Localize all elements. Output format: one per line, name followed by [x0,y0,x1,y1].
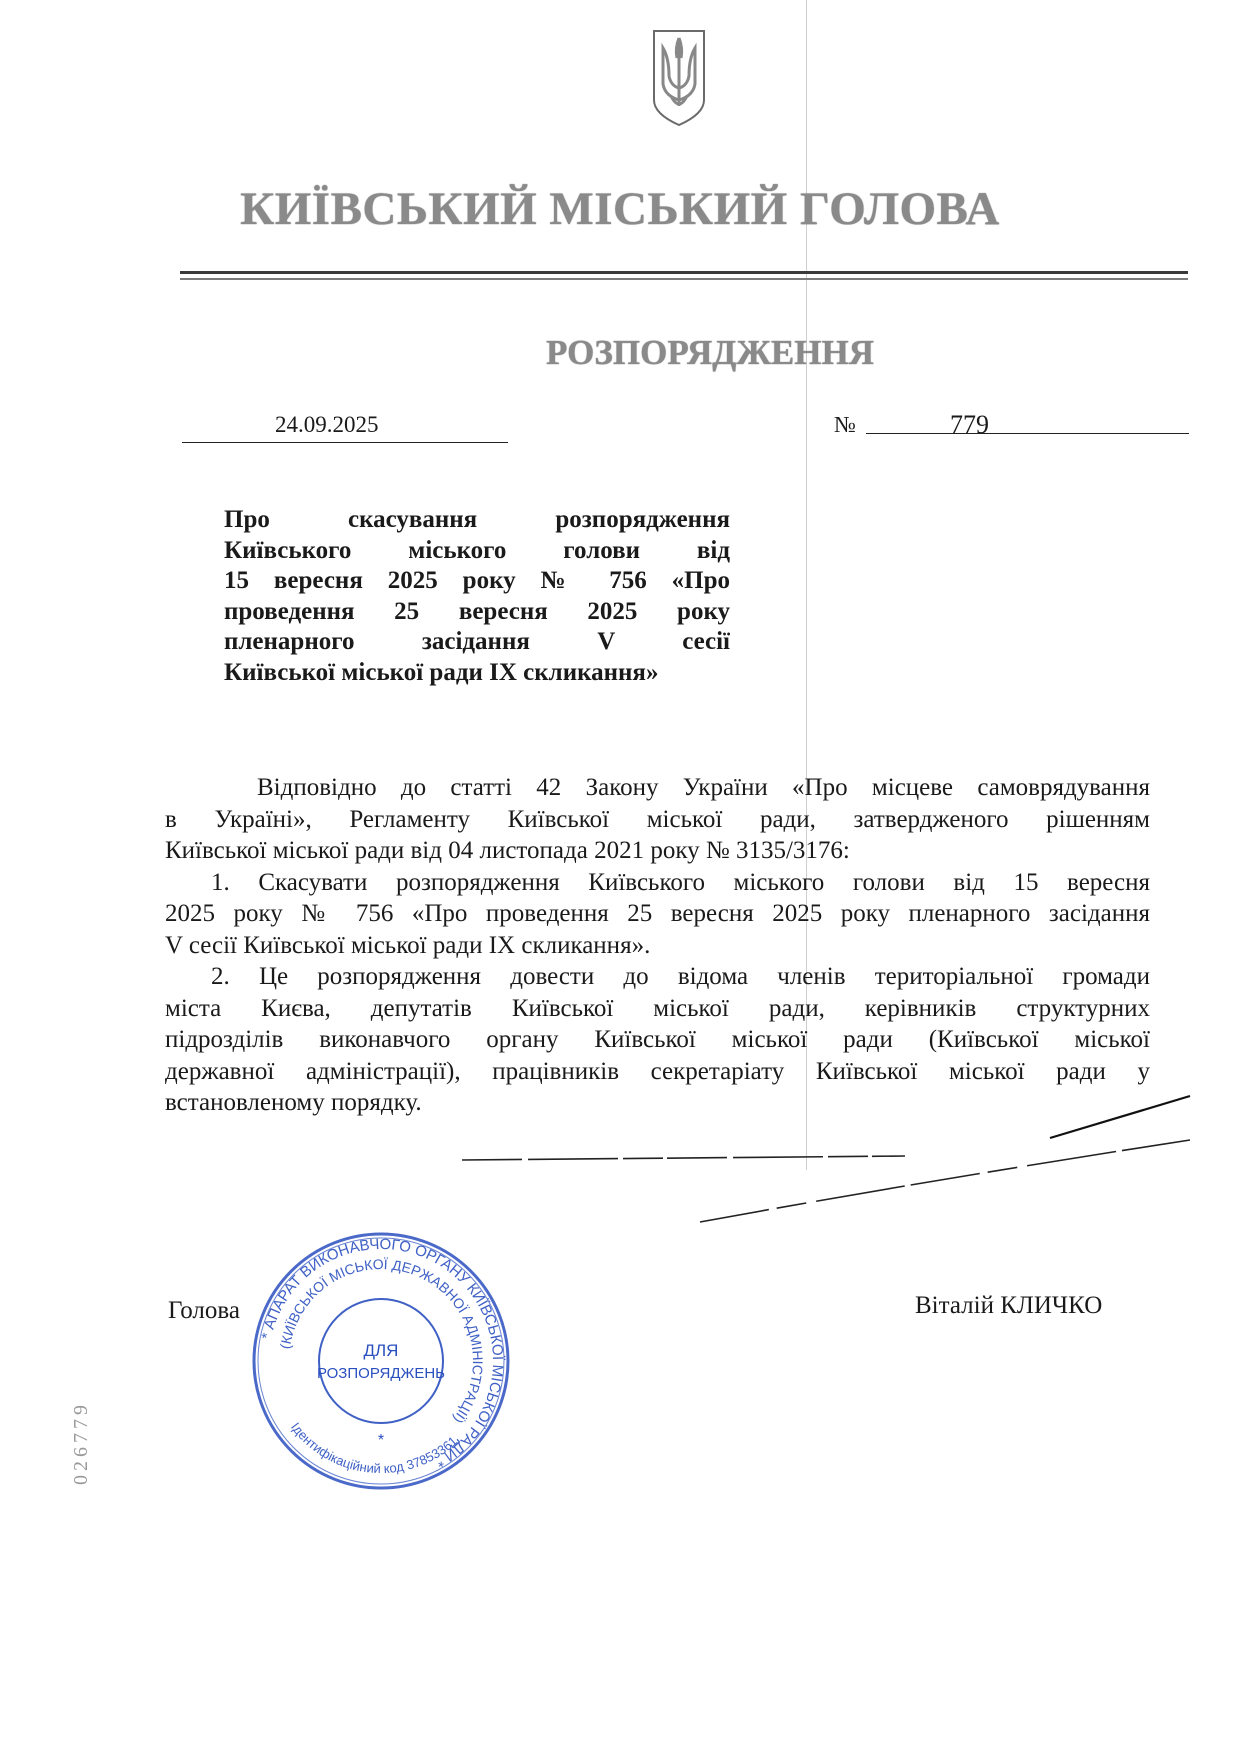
number-label: № [834,412,856,438]
body-line: 2. Це розпорядження довести до відома чл… [165,961,1150,993]
body-line: підрозділів виконавчого органу Київської… [165,1024,1150,1056]
item-1-paragraph: 1. Скасувати розпорядження Київського мі… [165,867,1150,962]
subject-line: пленарного засідання V сесії [224,627,730,658]
stamp-star: * [378,1432,384,1449]
header-rule-thick [180,271,1188,274]
handwritten-signature-icon [450,1080,1210,1240]
document-body: Відповідно до статті 42 Закону України «… [165,772,1150,1119]
number-underline [866,433,1189,434]
body-line: Відповідно до статті 42 Закону України «… [165,772,1150,804]
subject-line: Київського міського голови від [224,536,730,567]
date-underline [182,442,508,443]
body-line: 2025 року № 756 «Про проведення 25 верес… [165,898,1150,930]
coat-of-arms-trident-icon [651,28,707,128]
stamp-center-line-1: ДЛЯ [364,1341,399,1360]
stamp-center-line-2: РОЗПОРЯДЖЕНЬ [317,1365,445,1382]
document-date: 24.09.2025 [275,412,379,438]
document-type: РОЗПОРЯДЖЕННЯ [0,333,1240,373]
body-line: Київської міської ради від 04 листопада … [165,835,1150,867]
preamble-paragraph: Відповідно до статті 42 Закону України «… [165,772,1150,867]
subject-line: Київської міської ради IX скликання» [224,658,730,689]
body-line: V сесії Київської міської ради IX склика… [165,930,1150,962]
body-line: в Україні», Регламенту Київської міської… [165,804,1150,836]
subject-line: проведення 25 вересня 2025 року [224,597,730,628]
subject-line: 15 вересня 2025 року № 756 «Про [224,566,730,597]
registration-side-number: 026779 [70,1335,94,1485]
document-subject: Про скасування розпорядження Київського … [224,505,730,688]
body-line: міста Києва, депутатів Київської міської… [165,993,1150,1025]
official-seal-stamp: * АПАРАТ ВИКОНАВЧОГО ОРГАНУ КИЇВСЬКОЇ МІ… [250,1230,512,1492]
document-number: 779 [950,410,989,440]
body-line: 1. Скасувати розпорядження Київського мі… [165,867,1150,899]
signatory-title: Голова [168,1297,240,1325]
subject-line: Про скасування розпорядження [224,505,730,536]
issuer-title: КИЇВСЬКИЙ МІСЬКИЙ ГОЛОВА [0,182,1240,236]
signatory-name: Віталій КЛИЧКО [915,1292,1102,1320]
header-rule-thin [180,278,1188,280]
